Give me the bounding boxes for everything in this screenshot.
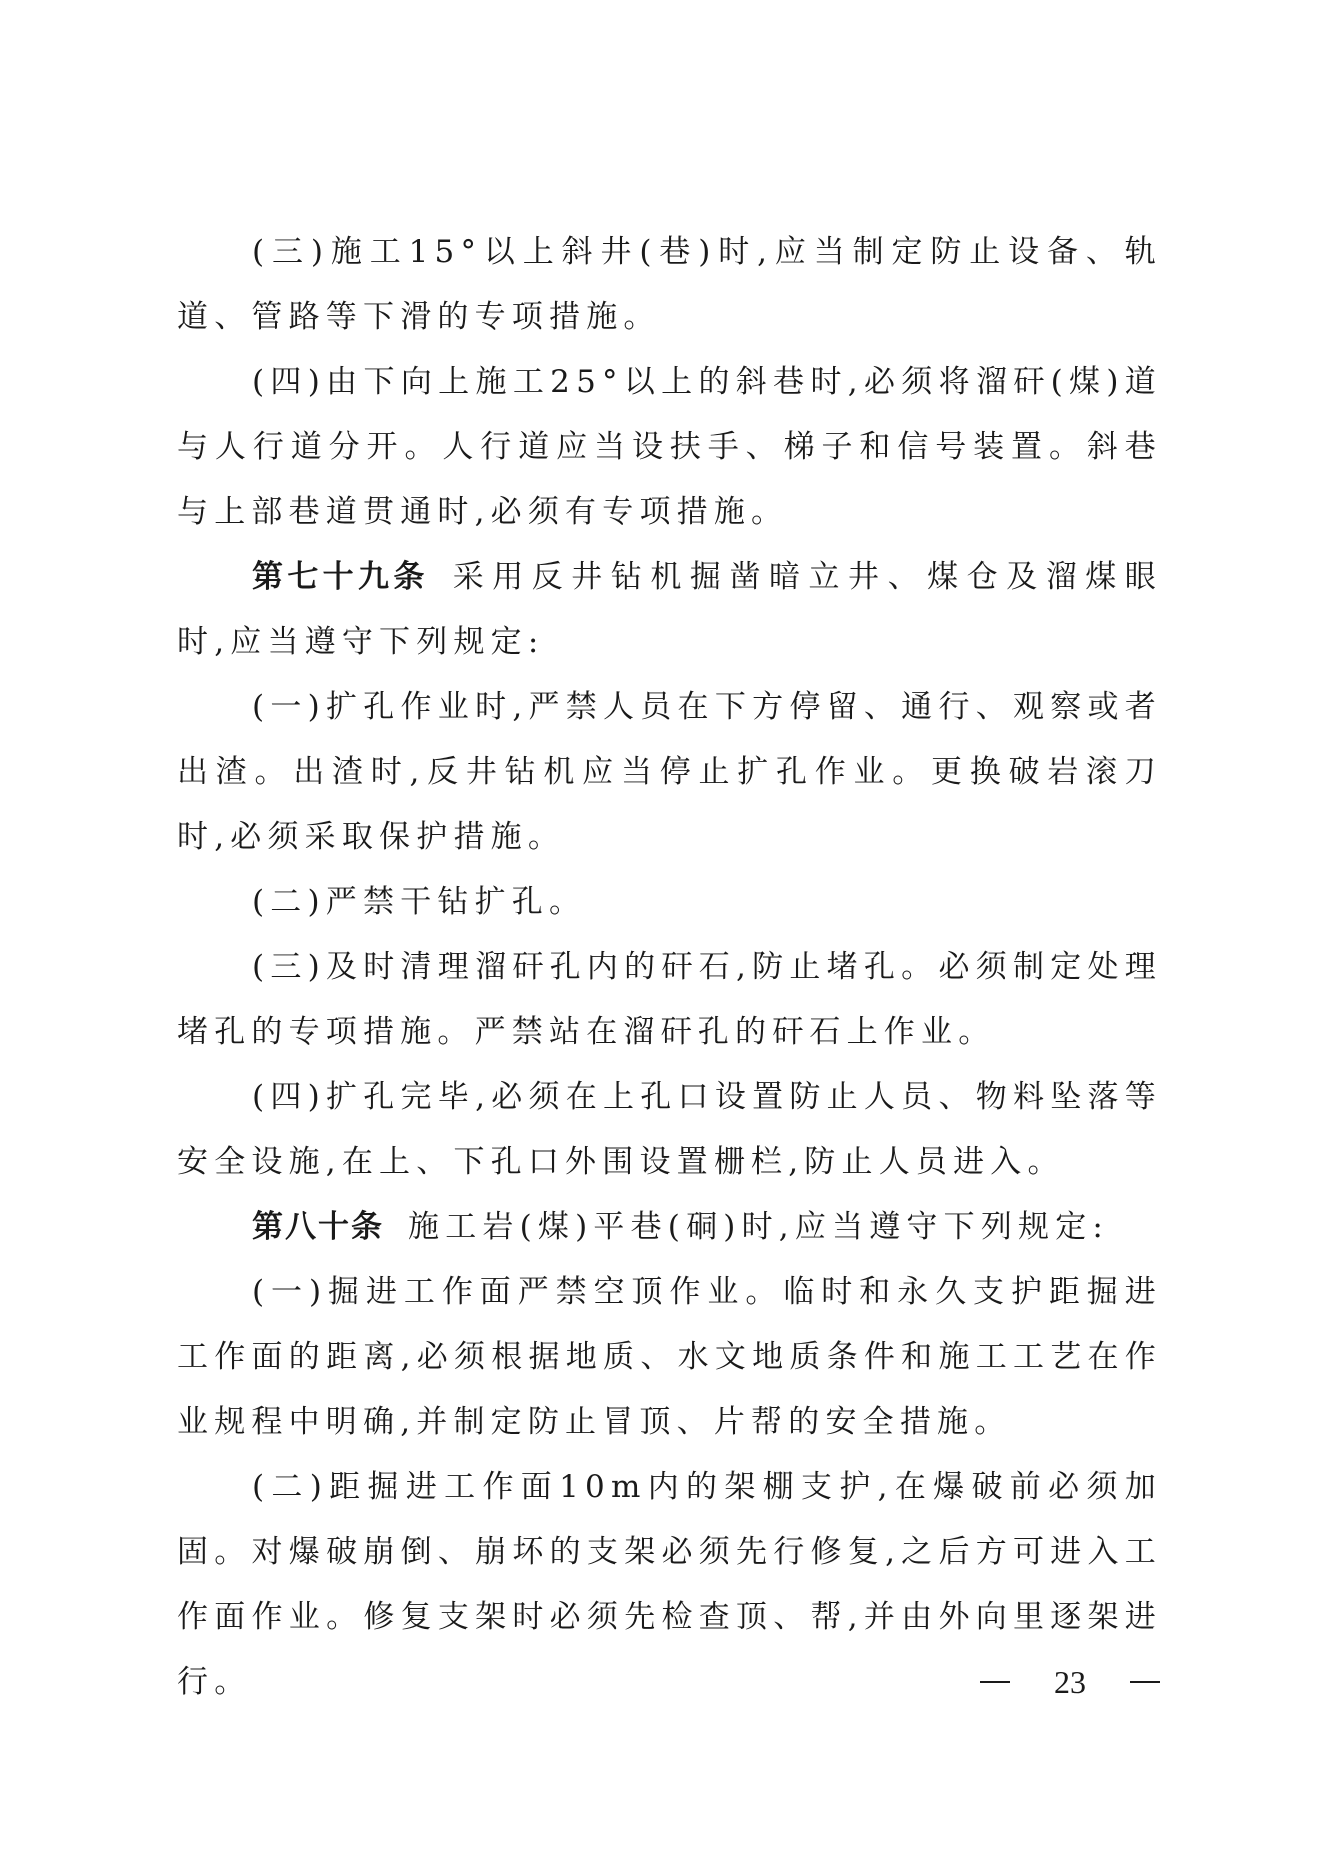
article-79-item-3: (三)及时清理溜矸孔内的矸石,防止堵孔。必须制定处理堵孔的专项措施。严禁站在溜矸… xyxy=(177,935,1162,1065)
dash-right xyxy=(1130,1681,1160,1683)
paragraph-text: (四)扩孔完毕,必须在上孔口设置防止人员、物料坠落等安全设施,在上、下孔口外围设… xyxy=(177,1079,1162,1180)
page-number-value: 23 xyxy=(1054,1660,1086,1704)
page-number: 23 xyxy=(980,1660,1160,1704)
paragraph-text: (二)严禁干钻扩孔。 xyxy=(252,884,586,920)
article-79-item-4: (四)扩孔完毕,必须在上孔口设置防止人员、物料坠落等安全设施,在上、下孔口外围设… xyxy=(177,1065,1162,1195)
paragraph-text: (四)由下向上施工25°以上的斜巷时,必须将溜矸(煤)道与人行道分开。人行道应当… xyxy=(177,364,1162,530)
article-79-item-2: (二)严禁干钻扩孔。 xyxy=(177,870,1162,935)
paragraph-item-3-slope: (三)施工15°以上斜井(巷)时,应当制定防止设备、轨道、管路等下滑的专项措施。 xyxy=(177,220,1162,350)
paragraph-item-4-incline: (四)由下向上施工25°以上的斜巷时,必须将溜矸(煤)道与人行道分开。人行道应当… xyxy=(177,350,1162,545)
article-79: 第七十九条采用反井钻机掘凿暗立井、煤仓及溜煤眼时,应当遵守下列规定: xyxy=(177,545,1162,675)
article-80-item-1: (一)掘进工作面严禁空顶作业。临时和永久支护距掘进工作面的距离,必须根据地质、水… xyxy=(177,1260,1162,1455)
dash-left xyxy=(980,1681,1010,1683)
paragraph-text: (三)施工15°以上斜井(巷)时,应当制定防止设备、轨道、管路等下滑的专项措施。 xyxy=(177,234,1162,335)
paragraph-text: (一)掘进工作面严禁空顶作业。临时和永久支护距掘进工作面的距离,必须根据地质、水… xyxy=(177,1274,1162,1440)
article-79-item-1: (一)扩孔作业时,严禁人员在下方停留、通行、观察或者出渣。出渣时,反井钻机应当停… xyxy=(177,675,1162,870)
article-80: 第八十条施工岩(煤)平巷(硐)时,应当遵守下列规定: xyxy=(177,1195,1162,1260)
paragraph-text: (一)扩孔作业时,严禁人员在下方停留、通行、观察或者出渣。出渣时,反井钻机应当停… xyxy=(177,689,1162,855)
paragraph-text: 施工岩(煤)平巷(硐)时,应当遵守下列规定: xyxy=(408,1209,1109,1245)
document-body: (三)施工15°以上斜井(巷)时,应当制定防止设备、轨道、管路等下滑的专项措施。… xyxy=(177,220,1162,1715)
article-number: 第七十九条 xyxy=(252,559,429,595)
article-number: 第八十条 xyxy=(252,1209,384,1245)
paragraph-text: (三)及时清理溜矸孔内的矸石,防止堵孔。必须制定处理堵孔的专项措施。严禁站在溜矸… xyxy=(177,949,1162,1050)
